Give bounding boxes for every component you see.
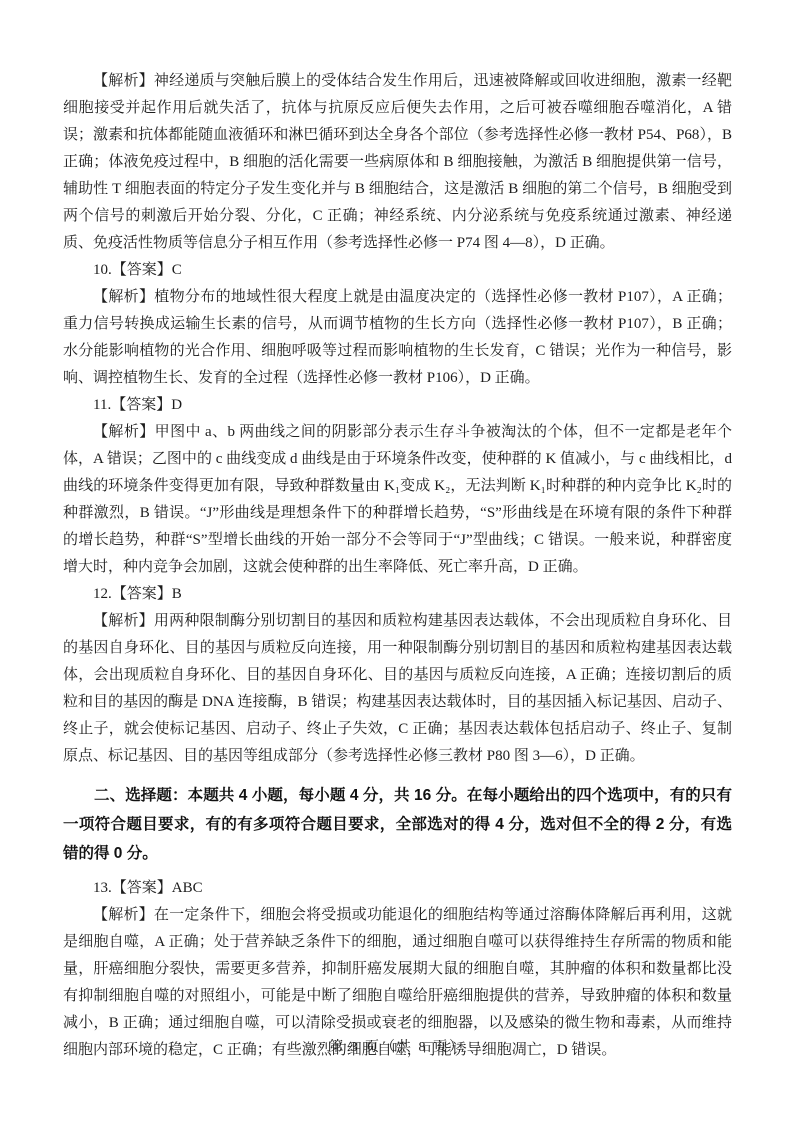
answer-line-q10: 10.【答案】C bbox=[63, 257, 732, 284]
answer-line-q12: 12.【答案】B bbox=[63, 581, 732, 608]
section-2-heading: 二、选择题：本题共 4 小题，每小题 4 分，共 16 分。在每小题给出的四个选… bbox=[63, 781, 732, 868]
analysis-paragraph-q12: 【解析】用两种限制酶分别切割目的基因和质粒构建基因表达载体，不会出现质粒自身环化… bbox=[63, 608, 732, 770]
analysis-paragraph-q9: 【解析】神经递质与突触后膜上的受体结合发生作用后，迅速被降解或回收进细胞，激素一… bbox=[63, 68, 732, 257]
analysis-paragraph-q11: 【解析】甲图中 a、b 两曲线之间的阴影部分表示生存斗争被淘汰的个体，但不一定都… bbox=[63, 419, 732, 581]
answer-line-q11: 11.【答案】D bbox=[63, 392, 732, 419]
page-number-footer: 第 3 页（共 8 页） bbox=[0, 1036, 794, 1056]
analysis-paragraph-q10: 【解析】植物分布的地域性很大程度上就是由温度决定的（选择性必修一教材 P107）… bbox=[63, 284, 732, 392]
answer-line-q13: 13.【答案】ABC bbox=[63, 875, 732, 902]
document-page: 【解析】神经递质与突触后膜上的受体结合发生作用后，迅速被降解或回收进细胞，激素一… bbox=[0, 0, 794, 1122]
